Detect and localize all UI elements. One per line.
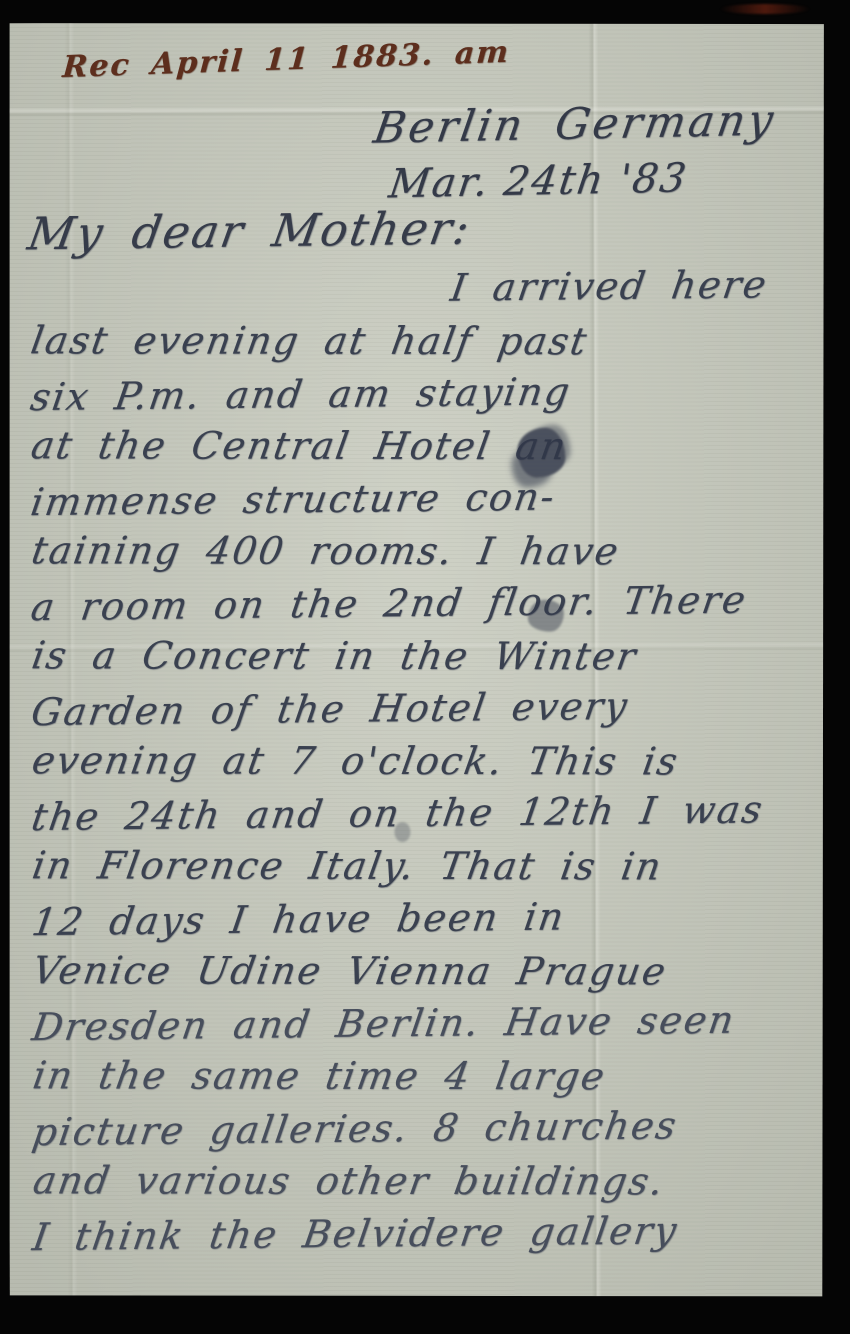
body-line: Venice Udine Vienna Prague: [29, 944, 825, 998]
ink-blot: [517, 428, 565, 478]
heading-place: Berlin Germany: [370, 95, 779, 153]
body-line: in Florence Italy. That is in: [29, 839, 825, 893]
body-line: evening at 7 o'clock. This is: [28, 734, 824, 788]
received-annotation: Rec April 11 1883. am: [61, 35, 511, 85]
scan-edge-artifact: [720, 4, 810, 14]
body-line: the 24th and on the 12th I was: [28, 783, 825, 844]
body-line: taining 400 rooms. I have: [28, 524, 824, 578]
body-line: and various other buildings.: [29, 1154, 825, 1208]
letter-scan: Rec April 11 1883. am Berlin Germany Mar…: [0, 0, 850, 1334]
body-line: a room on the 2nd floor. There: [27, 573, 824, 634]
body-line: I think the Belvidere gallery: [29, 1203, 826, 1264]
body-line: Dresden and Berlin. Have seen: [29, 993, 826, 1054]
body-line: is a Concert in the Winter: [28, 629, 824, 683]
body-line: immense structure con-: [27, 468, 824, 529]
ink-smudge-small: [394, 822, 410, 842]
body-line: Garden of the Hotel every: [28, 678, 825, 739]
letter-paper: Rec April 11 1883. am Berlin Germany Mar…: [6, 21, 829, 1301]
letter-body: I arrived here last evening at half past…: [31, 261, 822, 1261]
body-line: last evening at half past: [27, 314, 823, 368]
heading-date: Mar. 24th '83: [386, 153, 780, 207]
body-line: six P.m. and am staying: [27, 363, 824, 424]
body-line: I arrived here: [27, 258, 824, 319]
letter-heading: Berlin Germany Mar. 24th '83: [374, 96, 777, 208]
body-line: 12 days I have been in: [28, 888, 825, 949]
body-line: picture galleries. 8 churches: [29, 1098, 826, 1159]
body-line: at the Central Hotel an: [28, 419, 824, 473]
ink-smudge: [528, 600, 564, 632]
body-line: in the same time 4 large: [29, 1049, 825, 1103]
salutation: My dear Mother:: [24, 202, 475, 261]
